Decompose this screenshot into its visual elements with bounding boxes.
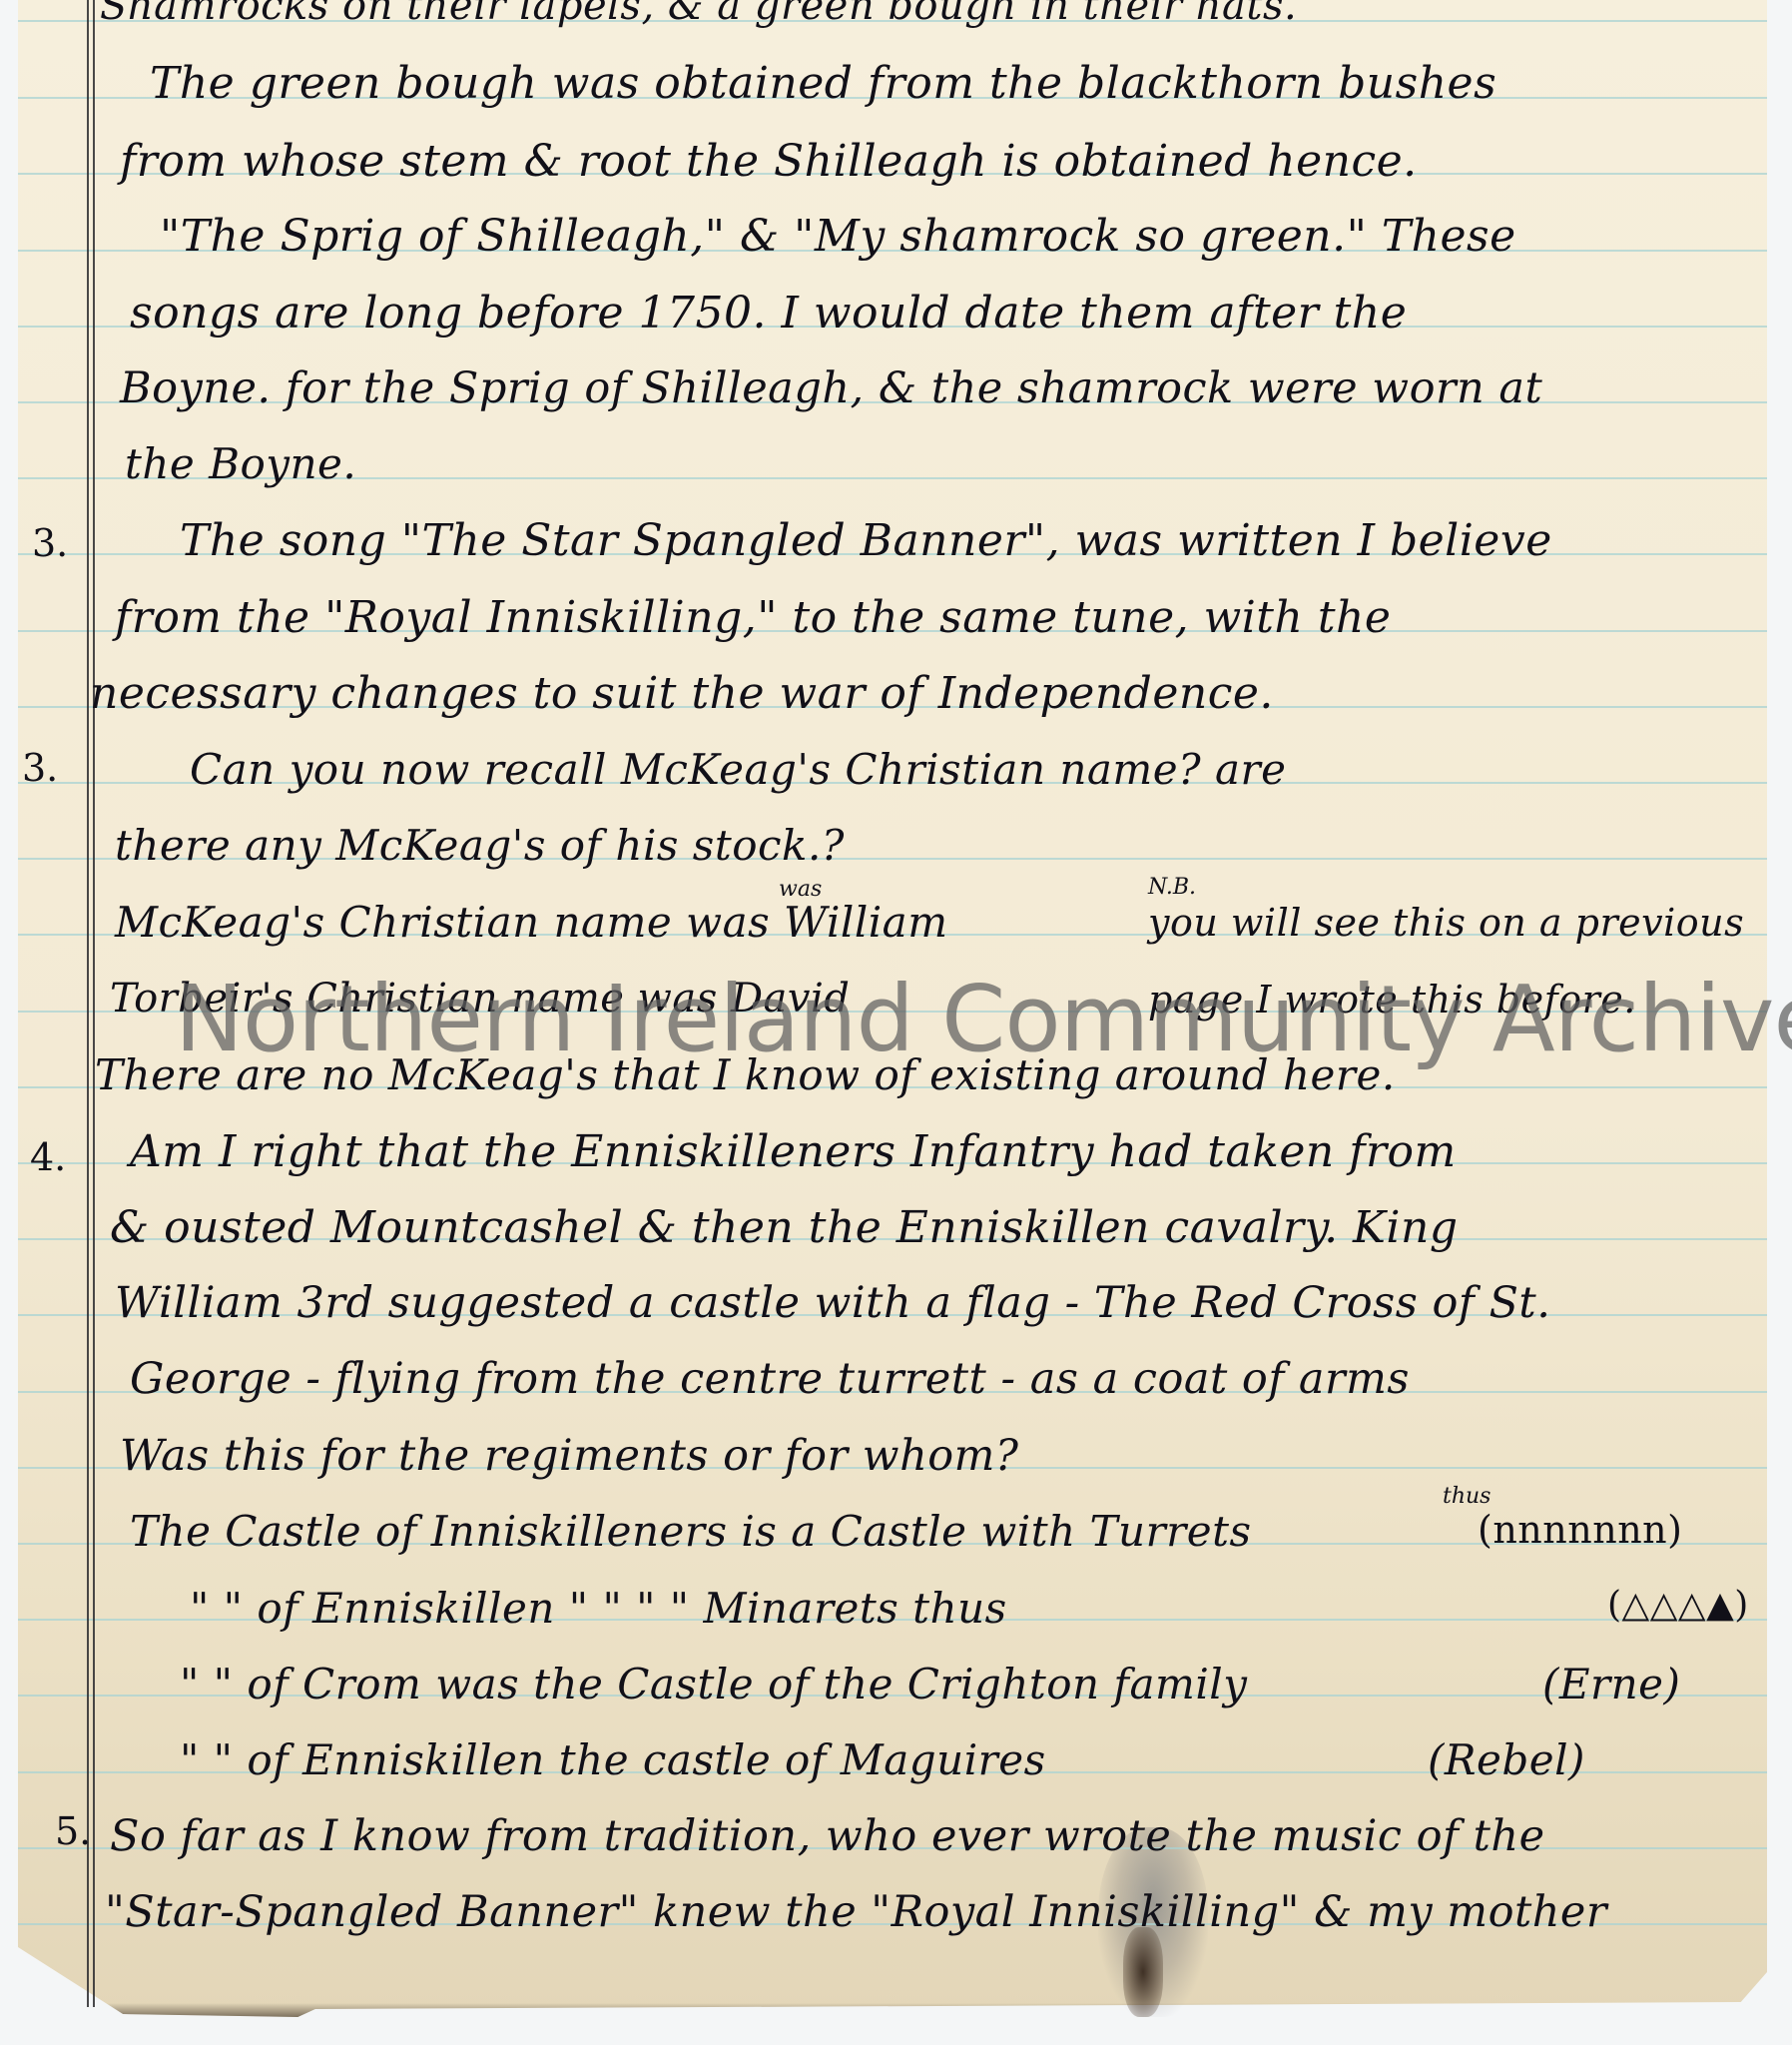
text-line: The Castle of Inniskilleners is a Castle… [130, 1511, 1252, 1553]
nb-note: N.B. [1148, 877, 1196, 899]
ink-stain-core [1123, 1927, 1163, 2017]
item-number: 3. [32, 524, 68, 562]
text-line: Shamrocks on their lapels, & a green bou… [100, 0, 1297, 26]
text-line: McKeag's Christian name was William [115, 902, 948, 944]
text-line: Boyne. for the Sprig of Shilleagh, & the… [120, 367, 1542, 410]
text-line: Can you now recall McKeag's Christian na… [190, 749, 1286, 791]
text-line: & ousted Mountcashel & then the Enniskil… [110, 1206, 1459, 1250]
item-number: 3. [22, 749, 58, 787]
text-line: from the "Royal Inniskilling," to the sa… [115, 596, 1391, 640]
text-line: William 3rd suggested a castle with a fl… [115, 1282, 1550, 1325]
text-line: from whose stem & root the Shilleagh is … [120, 140, 1418, 184]
crom-note: (Erne) [1542, 1664, 1680, 1705]
margin-line [87, 0, 89, 2007]
inserted-word: thus [1443, 1486, 1491, 1508]
item-number: 5. [55, 1812, 91, 1850]
text-line: "The Sprig of Shilleagh," & "My shamrock… [160, 215, 1516, 259]
text-line: " " of Enniskillen " " " " Minarets thus [190, 1588, 1007, 1630]
text-line: There are no McKeag's that I know of exi… [95, 1054, 1396, 1096]
text-line: The green bough was obtained from the bl… [150, 62, 1496, 106]
text-line: songs are long before 1750. I would date… [130, 292, 1407, 336]
inserted-word: was [779, 879, 822, 901]
text-line: necessary changes to suit the war of Ind… [90, 672, 1274, 716]
margin-line [93, 0, 95, 2007]
text-line: the Boyne. [125, 443, 356, 485]
turrets-symbol: (nnnnnnn) [1478, 1511, 1682, 1549]
minarets-symbol: (△△△▲) [1607, 1588, 1749, 1624]
item-number: 4. [30, 1138, 66, 1176]
text-line: " " of Enniskillen the castle of Maguire… [180, 1739, 1046, 1781]
text-line: "Star-Spangled Banner" knew the "Royal I… [105, 1891, 1607, 1934]
text-line: Am I right that the Enniskilleners Infan… [130, 1130, 1457, 1174]
side-note-line: you will see this on a previous [1148, 904, 1744, 942]
text-line: George - flying from the centre turrett … [130, 1358, 1410, 1401]
text-line: Was this for the regiments or for whom? [120, 1435, 1018, 1478]
text-line: The song "The Star Spangled Banner", was… [180, 519, 1552, 563]
text-line: there any McKeag's of his stock.? [115, 825, 845, 867]
text-line: So far as I know from tradition, who eve… [110, 1815, 1545, 1858]
maguires-note: (Rebel) [1428, 1739, 1585, 1781]
text-line: " " of Crom was the Castle of the Cright… [180, 1664, 1247, 1705]
